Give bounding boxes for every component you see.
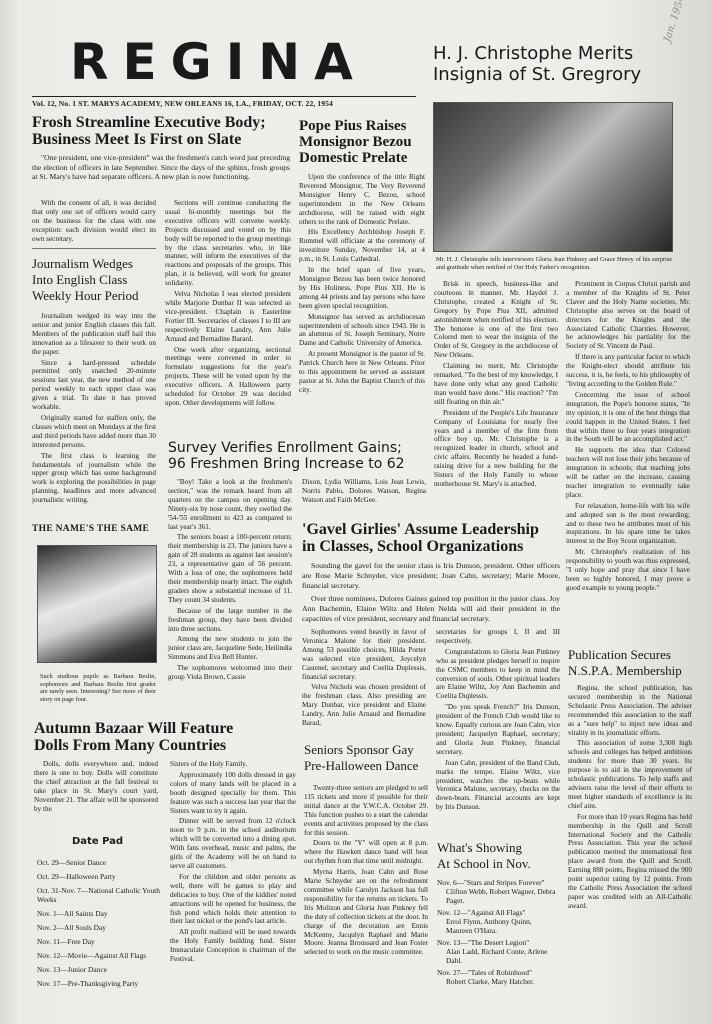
paragraph: Velva Nicholas I was elected president w… xyxy=(165,290,291,343)
showing-cast: Errol Flynn, Anthony Quinn, Maureen O'Ha… xyxy=(437,917,559,935)
folio-line: Vol. 12, No. 1 ST. MARYS ACADEMY, NEW OR… xyxy=(32,99,333,108)
paragraph: Prominent in Corpus Christi parish and a… xyxy=(566,280,690,351)
bazaar-headline: Autumn Bazaar Will Feature Dolls From Ma… xyxy=(34,721,296,755)
headline-line-2: 96 Freshmen Bring Increase to 62 xyxy=(168,456,438,472)
datepad-event: Halloween Party xyxy=(66,872,115,881)
survey-col-1: "Boy! Take a look at the freshmen's sect… xyxy=(168,478,292,684)
gavel-col-1: Sophomores voted heavily in favor of Ver… xyxy=(302,628,426,730)
paragraph: In the brief span of five years, Monsign… xyxy=(299,266,425,311)
showing-item: Nov. 27—"Tales of Robinhood" Robert Clar… xyxy=(437,968,559,986)
christophe-photo-caption: Mr. H. J. Christophe tells interviewers … xyxy=(436,256,672,271)
headline-line-2: Monsignor Bezou xyxy=(299,135,425,151)
datepad-event: Pre-Thanksgiving Party xyxy=(68,979,138,988)
showing-cast: Alan Ladd, Richard Conte, Arlene Dahl. xyxy=(437,947,559,965)
headline-line-1: Survey Verifies Enrollment Gains; xyxy=(168,440,438,456)
headline-line-1: H. J. Christophe Merits xyxy=(433,44,663,65)
paragraph: "Do you speak French?" Iris Dunson, pres… xyxy=(436,703,560,756)
showing-date: Nov. 27 xyxy=(437,968,460,977)
headline-line-1: Seniors Sponsor Gay xyxy=(304,742,428,758)
paragraph: Originally started for staffers only, th… xyxy=(32,414,156,450)
name-same-photo xyxy=(37,545,157,663)
name-same-heading: THE NAME'S THE SAME xyxy=(32,524,157,534)
datepad-date: Nov. 1 xyxy=(37,909,57,918)
datepad-event: Senior Dance xyxy=(66,858,106,867)
showing-title: "Tales of Robinhood" xyxy=(468,968,532,977)
datepad-item: Nov. 11—Free Day xyxy=(37,937,161,946)
datepad-event: All Souls Day xyxy=(64,923,106,932)
publication-headline: Publication Secures N.S.P.A. Membership xyxy=(568,647,698,679)
showing-cast: Clifton Webb, Robert Wagner, Debra Paget… xyxy=(437,887,559,905)
headline-line-1: Pope Pius Raises xyxy=(299,119,425,135)
handwritten-note: Jan. 1954 xyxy=(662,0,687,43)
headline-line-3: Domestic Prelate xyxy=(299,151,425,167)
paragraph: The sophomores welcomed into their group… xyxy=(168,664,292,682)
datepad-date: Oct. 29 xyxy=(37,872,59,881)
paragraph: Brisk in speech, business-like and court… xyxy=(434,280,558,360)
gavel-col-2: secretaries for groups I, II and III res… xyxy=(436,628,560,814)
showing-list: Nov. 6—"Stars and Stripes Forever" Clift… xyxy=(437,878,559,986)
paragraph: Among the new students to join the junio… xyxy=(168,635,292,662)
headline-line-2: Business Meet Is First on Slate xyxy=(32,132,294,149)
datepad-date: Nov. 17 xyxy=(37,979,60,988)
datepad-event: All Saints Day xyxy=(64,909,108,918)
paragraph: For the children and older persons as we… xyxy=(170,873,296,926)
headline-line-2: Into English Class xyxy=(32,272,156,288)
showing-headline: What's Showing At School in Nov. xyxy=(437,840,561,872)
paragraph: Monsignor has served as archdiocesan sup… xyxy=(299,313,425,349)
paragraph: With the consent of all, it was decided … xyxy=(32,199,156,244)
datepad-event: Movie—Against All Flags xyxy=(68,951,146,960)
headline-line-2: Dolls From Many Countries xyxy=(34,738,296,755)
headline-line-2: Pre-Halloween Dance xyxy=(304,758,428,774)
showing-date: Nov. 13 xyxy=(437,938,460,947)
paragraph: Sophomores voted heavily in favor of Ver… xyxy=(302,628,426,681)
seniors-body: Twenty-three seniors are pledged to sell… xyxy=(304,784,428,959)
gavel-headline: 'Gavel Girlies' Assume Leadership in Cla… xyxy=(302,522,572,556)
frosh-lead: "One president, one vice-president" was … xyxy=(32,153,290,182)
datepad-date: Nov. 13 xyxy=(37,965,60,974)
headline-line-2: At School in Nov. xyxy=(437,856,561,872)
paragraph: He supports the idea that Colored teache… xyxy=(566,446,690,499)
paragraph: This association of some 3,300 high scho… xyxy=(568,739,692,810)
paragraph: Doors to the "Y" will open at 8 p.m. whe… xyxy=(304,839,428,866)
showing-item: Nov. 12—"Against All Flags" Errol Flynn,… xyxy=(437,908,559,935)
paragraph: Journalism wedged its way into the senio… xyxy=(32,312,156,357)
showing-title: "The Desert Legion" xyxy=(468,938,529,947)
paragraph: Myrna Harris, Joan Cahn and Rose Marie S… xyxy=(304,868,428,957)
survey-col-2: Dixon, Lydia Williams, Lois Jean Lewis, … xyxy=(302,478,426,507)
paragraph: Joan Cahn, president of the Band Club, m… xyxy=(436,759,560,812)
headline-line-2: in Classes, School Organizations xyxy=(302,539,572,556)
paragraph: Concerning the issue of school integrati… xyxy=(566,391,690,444)
paragraph: Dolls, dolls everywhere and, indeed ther… xyxy=(34,760,158,813)
survey-headline: Survey Verifies Enrollment Gains; 96 Fre… xyxy=(168,440,438,472)
paragraph: Sounding the gavel for the senior class … xyxy=(302,561,560,590)
christophe-headline: H. J. Christophe Merits Insignia of St. … xyxy=(433,44,663,85)
divider xyxy=(32,248,156,249)
datepad-item: Nov. 12—Movie—Against All Flags xyxy=(37,951,161,960)
datepad-list: Oct. 29—Senior Dance Oct. 29—Halloween P… xyxy=(37,858,161,988)
paragraph: Congratulations to Gloria Jean Pinkney w… xyxy=(436,648,560,701)
masthead-rule xyxy=(32,96,416,97)
paragraph: If there is any particular factor to whi… xyxy=(566,353,690,389)
datepad-event: Junior Dance xyxy=(68,965,107,974)
pope-headline: Pope Pius Raises Monsignor Bezou Domesti… xyxy=(299,119,425,166)
datepad-date: Oct. 31-Nov. 7 xyxy=(37,886,81,895)
frosh-headline: Frosh Streamline Executive Body; Busines… xyxy=(32,115,294,149)
headline-line-3: Weekly Hour Period xyxy=(32,288,156,304)
paragraph: Sections will continue conducting the us… xyxy=(165,199,291,288)
paragraph: For relaxation, home-life with his wife … xyxy=(566,502,690,547)
paragraph: All profit realized will be used towards… xyxy=(170,928,296,964)
headline-line-2: N.S.P.A. Membership xyxy=(568,663,698,679)
datepad-date: Nov. 11 xyxy=(37,937,60,946)
frosh-col-2: Sections will continue conducting the us… xyxy=(165,199,291,410)
datepad-item: Nov. 17—Pre-Thanksgiving Party xyxy=(37,979,161,988)
datepad-item: Oct. 29—Halloween Party xyxy=(37,872,161,881)
datepad-item: Oct. 29—Senior Dance xyxy=(37,858,161,867)
headline-line-1: Frosh Streamline Executive Body; xyxy=(32,115,294,132)
christophe-photo xyxy=(433,102,673,252)
christophe-col-2: Prominent in Corpus Christi parish and a… xyxy=(566,280,690,595)
datepad-item: Nov. 2—All Souls Day xyxy=(37,923,161,932)
paragraph: Mr. Christophe's realization of his resp… xyxy=(566,548,690,593)
publication-body: Regina, the school publication, has secu… xyxy=(568,684,692,913)
paragraph: Dixon, Lydia Williams, Lois Jean Lewis, … xyxy=(302,478,426,505)
seniors-headline: Seniors Sponsor Gay Pre-Halloween Dance xyxy=(304,742,428,774)
paragraph: Because of the large number in the fresh… xyxy=(168,607,292,634)
datepad-date: Nov. 2 xyxy=(37,923,57,932)
paragraph: "Boy! Take a look at the freshmen's sect… xyxy=(168,478,292,531)
showing-item: Nov. 6—"Stars and Stripes Forever" Clift… xyxy=(437,878,559,905)
christophe-col-1: Brisk in speech, business-like and court… xyxy=(434,280,558,491)
paragraph: Velva Nichols was chosen president of th… xyxy=(302,683,426,728)
headline-line-1: Autumn Bazaar Will Feature xyxy=(34,721,296,738)
paragraph: One week after organizing, sectional mee… xyxy=(165,346,291,408)
paragraph: President of the People's Life Insurance… xyxy=(434,409,558,489)
bazaar-col-2: Sisters of the Holy Family. Approximatel… xyxy=(170,760,296,966)
paragraph: Since a hard-pressed schedule permitted … xyxy=(32,359,156,412)
showing-date: Nov. 6 xyxy=(437,878,457,887)
headline-line-2: Insignia of St. Gregrory xyxy=(433,65,663,86)
headline-line-1: Publication Secures xyxy=(568,647,698,663)
name-same-caption: Such studious pupils as Barbara Beslin, … xyxy=(40,673,156,703)
datepad-event: Free Day xyxy=(67,937,94,946)
paragraph: Over three nominees, Dolores Gaines gain… xyxy=(302,594,560,623)
frosh-col-1: With the consent of all, it was decided … xyxy=(32,199,156,246)
headline-line-1: 'Gavel Girlies' Assume Leadership xyxy=(302,522,572,539)
showing-item: Nov. 13—"The Desert Legion" Alan Ladd, R… xyxy=(437,938,559,965)
datepad-date: Oct. 29 xyxy=(37,858,59,867)
pope-body: Upon the conference of the title Right R… xyxy=(299,173,425,397)
paragraph: For more than 10 years Regina has held m… xyxy=(568,813,692,911)
journalism-body: Journalism wedged its way into the senio… xyxy=(32,312,156,507)
paragraph: At present Monsignor is the pastor of St… xyxy=(299,350,425,395)
paragraph: Dinner will be served from 12 o'clock no… xyxy=(170,817,296,870)
showing-date: Nov. 12 xyxy=(437,908,460,917)
showing-cast: Robert Clarke, Mary Hatcher. xyxy=(437,977,559,986)
masthead-title: REGINA xyxy=(70,36,340,88)
bazaar-col-1: Dolls, dolls everywhere and, indeed ther… xyxy=(34,760,158,815)
paragraph: Claiming no merit, Mr. Christophe remark… xyxy=(434,362,558,407)
paragraph: The seniors boast a 100-percent return; … xyxy=(168,533,292,604)
showing-title: "Against All Flags" xyxy=(468,908,526,917)
paragraph: Approximately 100 dolls dressed in gay c… xyxy=(170,771,296,816)
journalism-headline: Journalism Wedges Into English Class Wee… xyxy=(32,256,156,304)
datepad-item: Nov. 1—All Saints Day xyxy=(37,909,161,918)
showing-title: "Stars and Stripes Forever" xyxy=(464,878,545,887)
paragraph: Twenty-three seniors are pledged to sell… xyxy=(304,784,428,837)
headline-line-1: What's Showing xyxy=(437,840,561,856)
datepad-item: Oct. 31-Nov. 7—National Catholic Youth W… xyxy=(37,886,161,904)
datepad-item: Nov. 13—Junior Dance xyxy=(37,965,161,974)
newspaper-page: REGINA Vol. 12, No. 1 ST. MARYS ACADEMY,… xyxy=(0,0,711,1024)
datepad-heading: Date Pad xyxy=(72,836,123,847)
paragraph: The first class is learning the fundamen… xyxy=(32,452,156,505)
paragraph: His Excellency Archbishop Joseph F. Rumm… xyxy=(299,228,425,264)
paragraph: Regina, the school publication, has secu… xyxy=(568,684,692,737)
paragraph: Sisters of the Holy Family. xyxy=(170,760,296,769)
headline-line-1: Journalism Wedges xyxy=(32,256,156,272)
paragraph: Upon the conference of the title Right R… xyxy=(299,173,425,226)
gavel-lead: Sounding the gavel for the senior class … xyxy=(302,561,560,626)
datepad-date: Nov. 12 xyxy=(37,951,60,960)
paragraph: secretaries for groups I, II and III res… xyxy=(436,628,560,646)
